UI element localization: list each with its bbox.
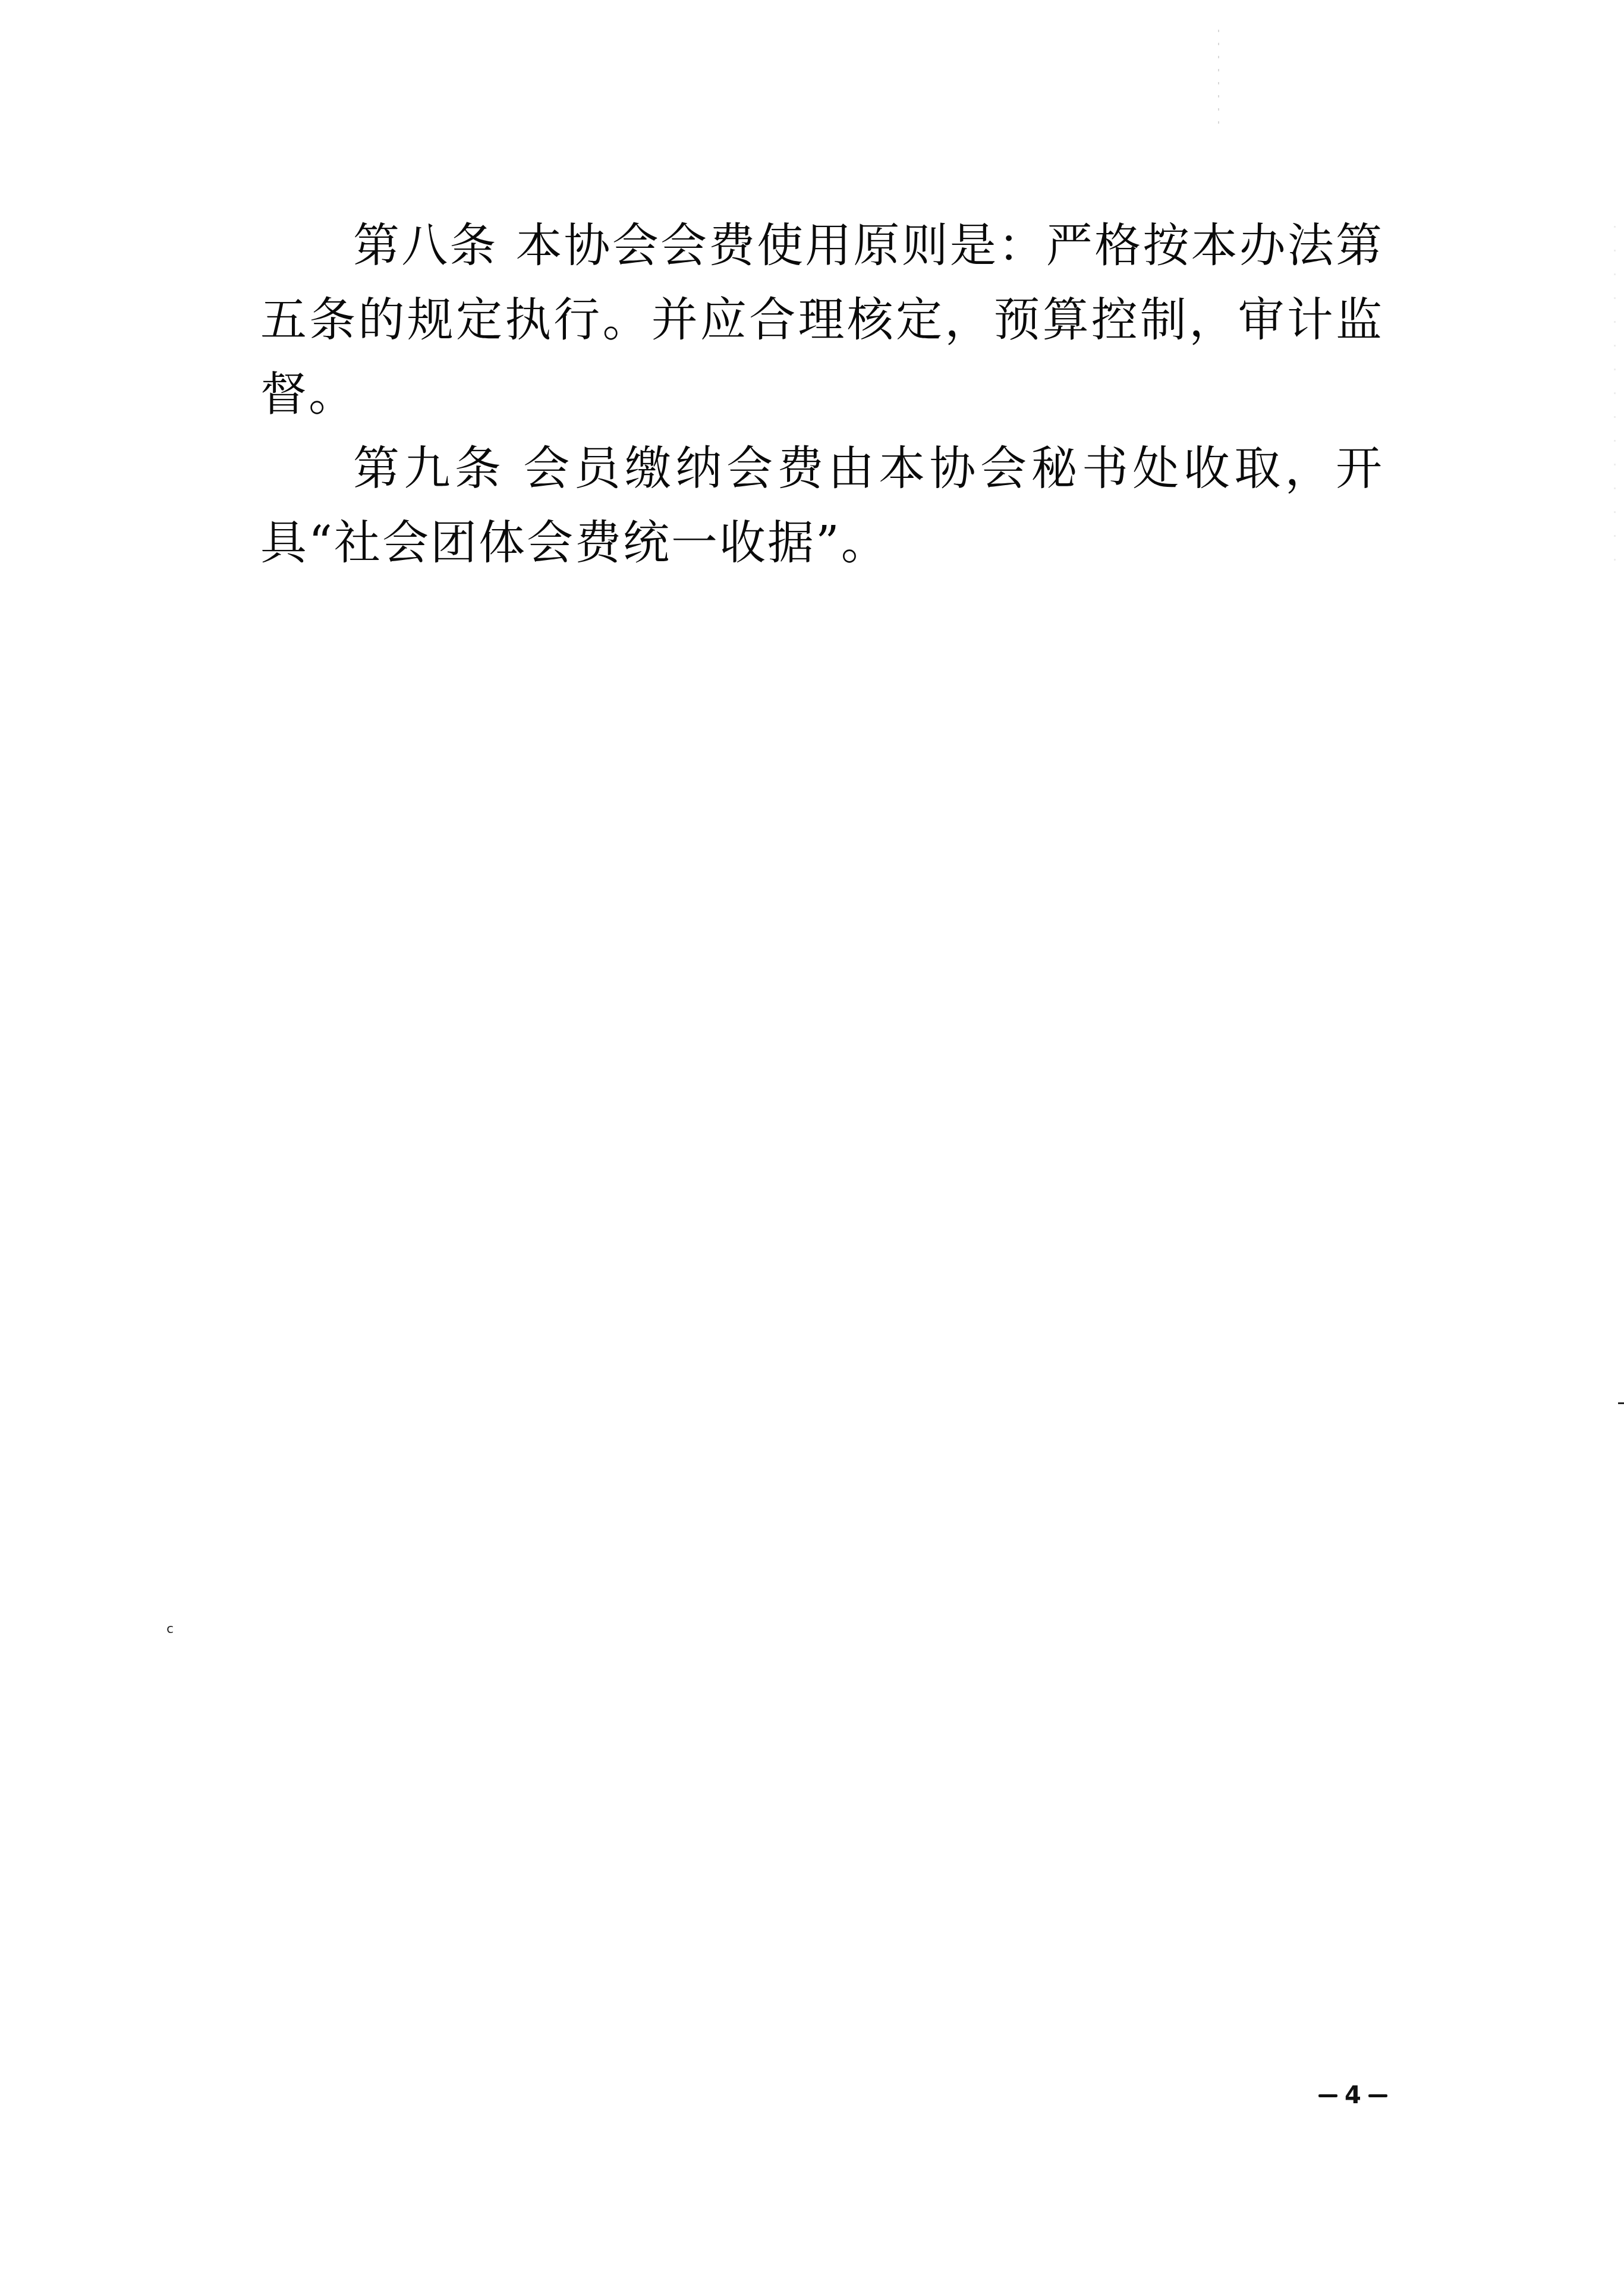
scan-speckle xyxy=(1614,226,1616,583)
page-number-dash-right xyxy=(1368,2094,1387,2097)
scan-artifact-dash xyxy=(1618,1402,1624,1404)
page-number: 4 xyxy=(1318,2081,1387,2110)
page-number-value: 4 xyxy=(1345,2081,1361,2110)
scan-artifact-mark: c xyxy=(166,1623,174,1636)
article-label: 第九条 xyxy=(353,442,505,496)
document-page: 第八条本协会会费使用原则是：严格按本办法第五条的规定执行。并应合理核定，预算控制… xyxy=(0,0,1624,2278)
article-label: 第八条 xyxy=(353,219,498,273)
scan-speckle xyxy=(1218,30,1219,125)
page-number-dash-left xyxy=(1318,2094,1337,2097)
article-8: 第八条本协会会费使用原则是：严格按本办法第五条的规定执行。并应合理核定，预算控制… xyxy=(260,209,1384,432)
article-9: 第九条会员缴纳会费由本协会秘书处收取，开具“社会团体会费统一收据”。 xyxy=(260,432,1384,581)
document-body: 第八条本协会会费使用原则是：严格按本办法第五条的规定执行。并应合理核定，预算控制… xyxy=(260,209,1384,581)
